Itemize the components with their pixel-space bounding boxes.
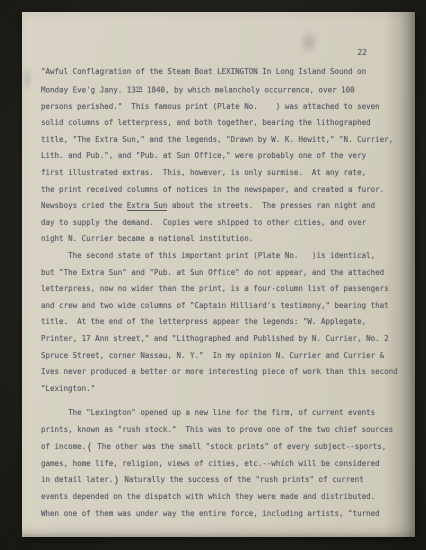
- paragraph: "Awful Conflagration of the Steam Boat L…: [41, 64, 404, 248]
- typewritten-line: Spruce Street, corner Nassau, N. Y." In …: [41, 348, 404, 365]
- typewritten-line: and crew and two wide columns of "Captai…: [41, 298, 404, 315]
- typewritten-line: Newsboys cried the Extra Sun about the s…: [41, 198, 404, 215]
- typewritten-line: Printer, 17 Ann street," and "Lithograph…: [41, 331, 404, 348]
- typewritten-line: The "Lexington" opened up a new line for…: [41, 405, 404, 422]
- typewritten-line: Lith. and Pub.", and "Pub. at Sun Office…: [41, 148, 404, 165]
- paper-smudge: [24, 70, 30, 88]
- typewritten-line: day to supply the demand. Copies were sh…: [41, 215, 404, 232]
- page-number: 22: [357, 48, 367, 57]
- typewritten-line: When one of them was under way the entir…: [41, 506, 404, 523]
- typewritten-line: of income.( The other was the small "sto…: [41, 439, 404, 456]
- typewritten-line: the print received columns of notices in…: [41, 182, 404, 199]
- typewritten-line: prints, known as "rush stock." This was …: [41, 422, 404, 439]
- typewritten-line: persons perished." This famous print (Pl…: [41, 99, 404, 116]
- typewritten-line: "Awful Conflagration of the Steam Boat L…: [41, 64, 404, 81]
- paper-smudge: [303, 34, 315, 50]
- typewritten-line: but "The Extra Sun" and "Pub. at Sun Off…: [41, 265, 404, 282]
- paragraph: The "Lexington" opened up a new line for…: [41, 405, 404, 522]
- typewritten-line: letterpress, now no wider than the print…: [41, 281, 404, 298]
- typewritten-line: in detail later.) Naturally the success …: [41, 472, 404, 489]
- typewritten-line: The second state of this important print…: [41, 248, 404, 265]
- typewritten-line: games, home life, religion, views of cit…: [41, 456, 404, 473]
- typewritten-line: night N. Currier became a national insti…: [41, 231, 404, 248]
- typewritten-line: "Lexington.": [41, 381, 404, 398]
- typewritten-line: solid columns of letterpress, and both t…: [41, 115, 404, 132]
- document-body: "Awful Conflagration of the Steam Boat L…: [41, 64, 404, 523]
- typewritten-line: Ives never produced a better or more int…: [41, 364, 404, 381]
- paragraph: The second state of this important print…: [41, 248, 404, 397]
- typewritten-line: title, "The Extra Sun," and the legends,…: [41, 132, 404, 149]
- typewritten-line: events depended on the dispatch with whi…: [41, 489, 404, 506]
- document-page: 22 "Awful Conflagration of the Steam Boa…: [22, 12, 415, 537]
- typewritten-line: title. At the end of the letterpress app…: [41, 314, 404, 331]
- typewritten-line: first illustrated extras. This, however,…: [41, 165, 404, 182]
- typewritten-line: Monday Eve'g Jany. 13th 1840, by which m…: [41, 81, 404, 99]
